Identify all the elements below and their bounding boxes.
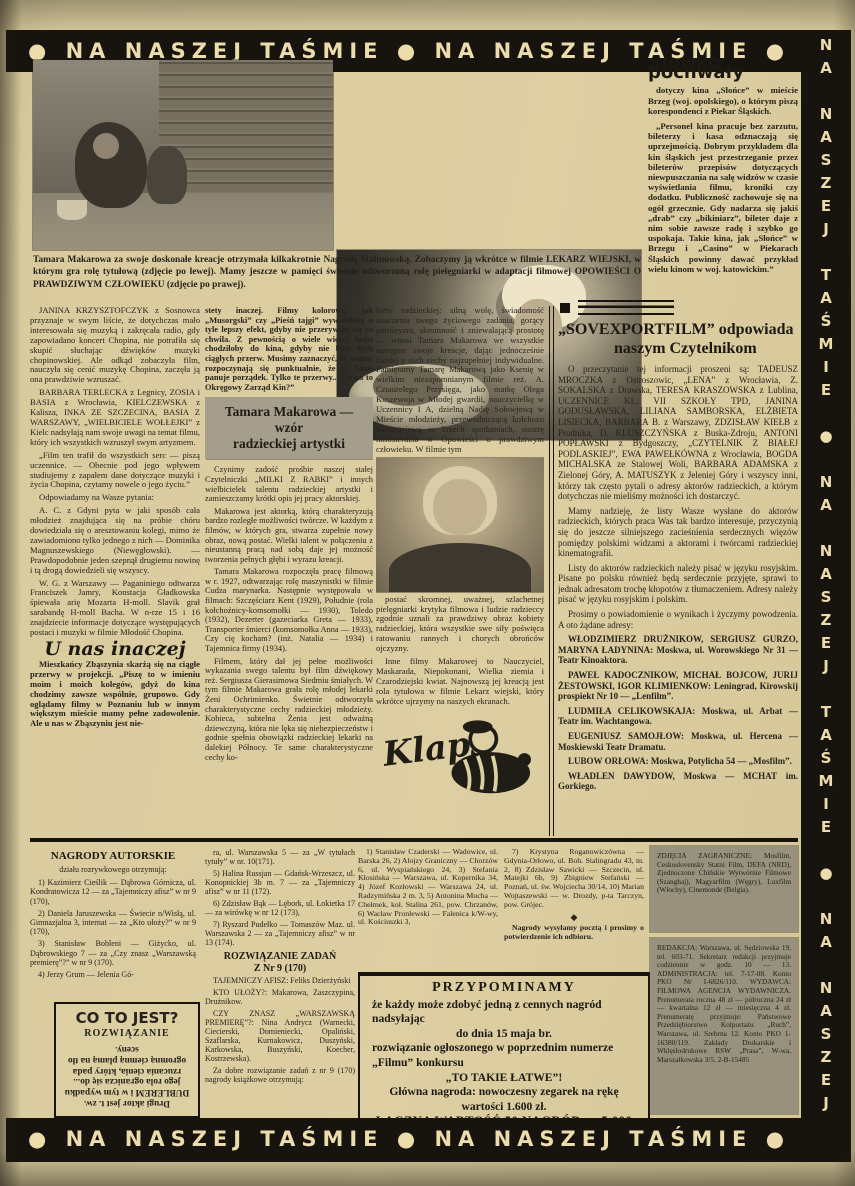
przypominamy-date: do dnia 15 maja br.: [372, 1027, 636, 1042]
portrait-tamara-makarowa: [376, 458, 544, 592]
co-to-jest-box: CO TO JEST? ROZWIĄZANIE Drugi aktor jest…: [54, 1002, 200, 1118]
list-item: 4) Jerzy Grum — Jelenia Gó-: [30, 970, 196, 979]
paragraph: Tamara Makarowa rozpoczęła pracę filmową…: [205, 567, 373, 653]
paragraph: postać skromnej, uważnej, szlachetnej pi…: [376, 595, 544, 654]
przypominamy-contest: rozwiązanie ogłoszonego w poprzednim num…: [372, 1041, 636, 1070]
photo-lekarz-wiejski: [33, 60, 333, 250]
portrait-dress: [389, 543, 530, 591]
przypominamy-box: PRZYPOMINAMY że każdy może zdobyć jedną …: [358, 972, 650, 1123]
portrait-face: [433, 479, 487, 535]
przypominamy-contest-name: „TO TAKIE ŁATWE”!: [372, 1071, 636, 1086]
magazine-page: ● NA NASZEJ TAŚMIE ● NA NASZEJ TAŚMIE ● …: [0, 0, 855, 1186]
nagrody-list-2: 5) Halina Russjan — Gdańsk-Wrzeszcz, ul.…: [205, 869, 355, 947]
list-item: 5) Halina Russjan — Gdańsk-Wrzeszcz, ul.…: [205, 869, 355, 896]
przypominamy-total: ŁĄCZNA WARTOŚĆ 50 NAGRÓD — 5.000 ZŁ: [372, 1114, 636, 1123]
paragraph: Listy do aktorów radzieckich należy pisa…: [558, 563, 798, 605]
winners-list-right: 7) Krystyna Roganowiczówna — Gdynia-Orło…: [504, 848, 644, 970]
list-item: 1) Kazimierz Cieślik — Dąbrowa Górnicza,…: [30, 878, 196, 906]
paragraph: Czynimy zadość prośbie naszej stałej Czy…: [205, 465, 373, 503]
side-banner-text: NA NASZEJ TAŚMIE ● NA NASZEJ TAŚMIE ● NA…: [817, 36, 835, 1162]
paragraph: CZY ZNASZ „WARSZAWSKĄ PREMIERĘ”?: Nina A…: [205, 1009, 355, 1063]
column-readers-letters: JANINA KRZYSZTOFCZYK z Sosnowca przyznaj…: [30, 306, 200, 836]
list-item: 3) Stanisław Bobleni — Giżycko, ul. Dąbr…: [30, 939, 196, 967]
readers-letters-body: JANINA KRZYSZTOFCZYK z Sosnowca przyznaj…: [30, 306, 200, 638]
sovexport-title: „SOVEXPORTFILM” odpowiada naszym Czyteln…: [558, 320, 798, 358]
redakcja-box: REDAKCJA: Warszawa, ul. Sędziowska 19, t…: [650, 938, 798, 1114]
side-banner: NA NASZEJ TAŚMIE ● NA NASZEJ TAŚMIE ● NA…: [801, 30, 851, 1162]
zbaszyn-continuation: stety inaczej. Filmy kolorowe, jak „Muso…: [205, 306, 373, 392]
rozwiazanie-title-line1: ROZWIĄZANIE ZADAŃ: [205, 951, 355, 963]
paragraph: O przeczytanie tej informacji proszeni s…: [558, 364, 798, 502]
u-nas-inaczej-body: Mieszkańcy Zbąszynia skarżą się na ciągł…: [30, 660, 200, 729]
paragraph: KTO UŁOŻY?: Makarowa, Zaszczypina, Drużn…: [205, 988, 355, 1006]
winners-left-text: 1) Stanisław Czaderski — Wadowice, ul. B…: [358, 848, 498, 927]
sovexport-body: O przeczytanie tej informacji proszeni s…: [558, 364, 798, 630]
makarowa-box-line3: radzieckiej artystki: [209, 436, 369, 452]
paragraph: JANINA KRZYSZTOFCZYK z Sosnowca przyznaj…: [30, 306, 200, 385]
list-item: 6) Zdzisław Bąk — Lębork, ul. Łokietka 1…: [205, 899, 355, 917]
photo-caption: Tamara Makarowa za swoje doskonałe kreac…: [33, 254, 641, 304]
paragraph: „Personel kina pracuje bez zarzutu, bile…: [648, 121, 798, 274]
nagrody-continuation: ra, ul. Warszawska 5 — za „W tytułach ty…: [205, 848, 355, 866]
photo-figure-2: [147, 146, 187, 204]
przypominamy-title: PRZYPOMINAMY: [372, 981, 636, 996]
makarowa-after-photo: postać skromnej, uważnej, szlachetnej pi…: [376, 595, 544, 707]
sovexport-title-line2: naszym Czytelnikom: [614, 339, 798, 358]
winners-list-left: 1) Stanisław Czaderski — Wadowice, ul. B…: [358, 848, 498, 968]
section-rozwiazanie-zadan: ra, ul. Warszawska 5 — za „W tytułach ty…: [205, 848, 355, 1114]
photo-figure-head: [93, 133, 119, 159]
u-nas-inaczej-title: U nas inaczej: [30, 645, 200, 655]
diamond-separator-icon: ◆: [504, 913, 644, 922]
address-entry: LUBOW ORŁOWA: Moskwa, Potylicha 54 — „Mo…: [558, 756, 798, 767]
column-makarowa-2: biety radzieckiej: silną wolę, świadomoś…: [376, 306, 544, 836]
paragraph: W. G. z Warszawy — Paganiniego odtwarza …: [30, 579, 200, 638]
makarowa-continuation: biety radzieckiej: silną wolę, świadomoś…: [376, 306, 544, 455]
paragraph: BARBARA TERLECKA z Legnicy, ZOSIA i BASI…: [30, 388, 200, 447]
klaps-illustration: Klaps: [384, 711, 544, 800]
makarowa-box-line1: Tamara Makarowa —: [209, 404, 369, 420]
address-entry: EUGENIUSZ SAMOJŁOW: Moskwa, ul. Hercena …: [558, 731, 798, 752]
bottom-banner: ● NA NASZEJ TAŚMIE ● NA NASZEJ TAŚMIE ●: [6, 1118, 812, 1162]
decorative-mark: [560, 300, 798, 315]
paragraph: Filmem, który dał jej pełne możliwości w…: [205, 657, 373, 763]
slowko-body: dotyczy kina „Słońce” w mieście Brzeg (w…: [648, 85, 798, 274]
address-entry: WŁODZIMIERZ DRUŻNIKOW, SERGIUSZ GURZO, M…: [558, 634, 798, 666]
paragraph: TAJEMNICZY AFISZ: Feliks Dzierżyński: [205, 976, 355, 985]
paragraph: dotyczy kina „Słońce” w mieście Brzeg (w…: [648, 85, 798, 116]
sovexport-addresses: WŁODZIMIERZ DRUŻNIKOW, SERGIUSZ GURZO, M…: [558, 634, 798, 792]
paragraph: Odpowiadamy na Wasze pytania:: [30, 493, 200, 503]
makarowa-box-title: Tamara Makarowa — wzór radzieckiej artys…: [205, 397, 373, 459]
nagrody-subtitle: działu rozrywkowego otrzymują:: [30, 865, 196, 874]
przypominamy-prize: Główna nagroda: nowoczesny zegarek na rę…: [372, 1085, 636, 1114]
triple-rule-icon: [578, 300, 674, 315]
nagrody-title: NAGRODY AUTORSKIE: [30, 850, 196, 863]
co-to-jest-subtitle: ROZWIĄZANIE: [62, 1028, 192, 1039]
address-entry: LUDMIŁA CELIKOWSKAJA: Moskwa, ul. Arbat …: [558, 706, 798, 727]
list-item: 7) Ryszard Pudełko — Tomaszów Maz. ul. W…: [205, 920, 355, 947]
zdjecia-zagraniczne-box: ZDJĘCIA ZAGRANICZNE: Mosfilm, Ceskoslove…: [650, 846, 798, 932]
section-slowko-pochwaly: Słówko pochwały dotyczy kina „Słońce” w …: [648, 58, 798, 306]
list-item: 2) Daniela Jaruszewska — Świecie n/Wisłą…: [30, 909, 196, 937]
winners-note: Nagrody wysyłamy pocztą i prosimy o potw…: [504, 924, 644, 942]
address-entry: PAWEŁ KADOCZNIKOW, MICHAŁ BOJCOW, JURIJ …: [558, 670, 798, 702]
photo-bucket: [57, 200, 87, 220]
paragraph: A. C. z Gdyni pyta w jaki sposób cała mł…: [30, 506, 200, 575]
horizontal-rule: [30, 838, 798, 842]
black-square-icon: [560, 303, 570, 313]
co-to-jest-solution-flipped: Drugi aktor jest t. zw. DUBLEREM i w tym…: [62, 1043, 192, 1108]
section-sovexportfilm: „SOVEXPORTFILM” odpowiada naszym Czyteln…: [558, 300, 798, 836]
nagrody-list: 1) Kazimierz Cieślik — Dąbrowa Górnicza,…: [30, 878, 196, 979]
paragraph: Inne filmy Makarowej to Nauczyciel, Mask…: [376, 657, 544, 707]
paragraph: Mamy nadzieję, że listy Wasze wysłane do…: [558, 506, 798, 559]
paragraph: „Film ten trafił do wszystkich serc — pi…: [30, 451, 200, 491]
rozwiazanie-body: TAJEMNICZY AFISZ: Feliks DzierżyńskiKTO …: [205, 976, 355, 1084]
makarowa-box-line2: wzór: [209, 420, 369, 436]
klaps-hand: [518, 753, 531, 766]
address-entry: WŁADLEN DAWYDOW, Moskwa — MCHAT im. Gork…: [558, 771, 798, 792]
makarowa-body: Czynimy zadość prośbie naszej stałej Czy…: [205, 465, 373, 762]
paragraph: Makarowa jest aktorką, którą charakteryz…: [205, 507, 373, 565]
klaps-cap: [463, 720, 493, 733]
przypominamy-intro: że każdy może zdobyć jedną z cennych nag…: [372, 998, 636, 1027]
paragraph: Mieszkańcy Zbąszynia skarżą się na ciągł…: [30, 660, 200, 729]
sovexport-title-line1: „SOVEXPORTFILM” odpowiada: [558, 320, 798, 339]
slowko-title: Słówko pochwały: [648, 58, 798, 78]
paragraph: Za dobre rozwiązanie zadań z nr 9 (170) …: [205, 1066, 355, 1084]
paragraph: Prosimy o powiadomienie o wynikach i życ…: [558, 609, 798, 630]
section-nagrody-autorskie: NAGRODY AUTORSKIE działu rozrywkowego ot…: [30, 848, 196, 1000]
column-divider: [549, 306, 554, 836]
rozwiazanie-title-line2: Z Nr 9 (170): [205, 963, 355, 975]
winners-right-text: 7) Krystyna Roganowiczówna — Gdynia-Orło…: [504, 848, 644, 910]
co-to-jest-title: CO TO JEST?: [62, 1009, 192, 1027]
column-makarowa: stety inaczej. Filmy kolorowe, jak „Muso…: [205, 306, 373, 836]
